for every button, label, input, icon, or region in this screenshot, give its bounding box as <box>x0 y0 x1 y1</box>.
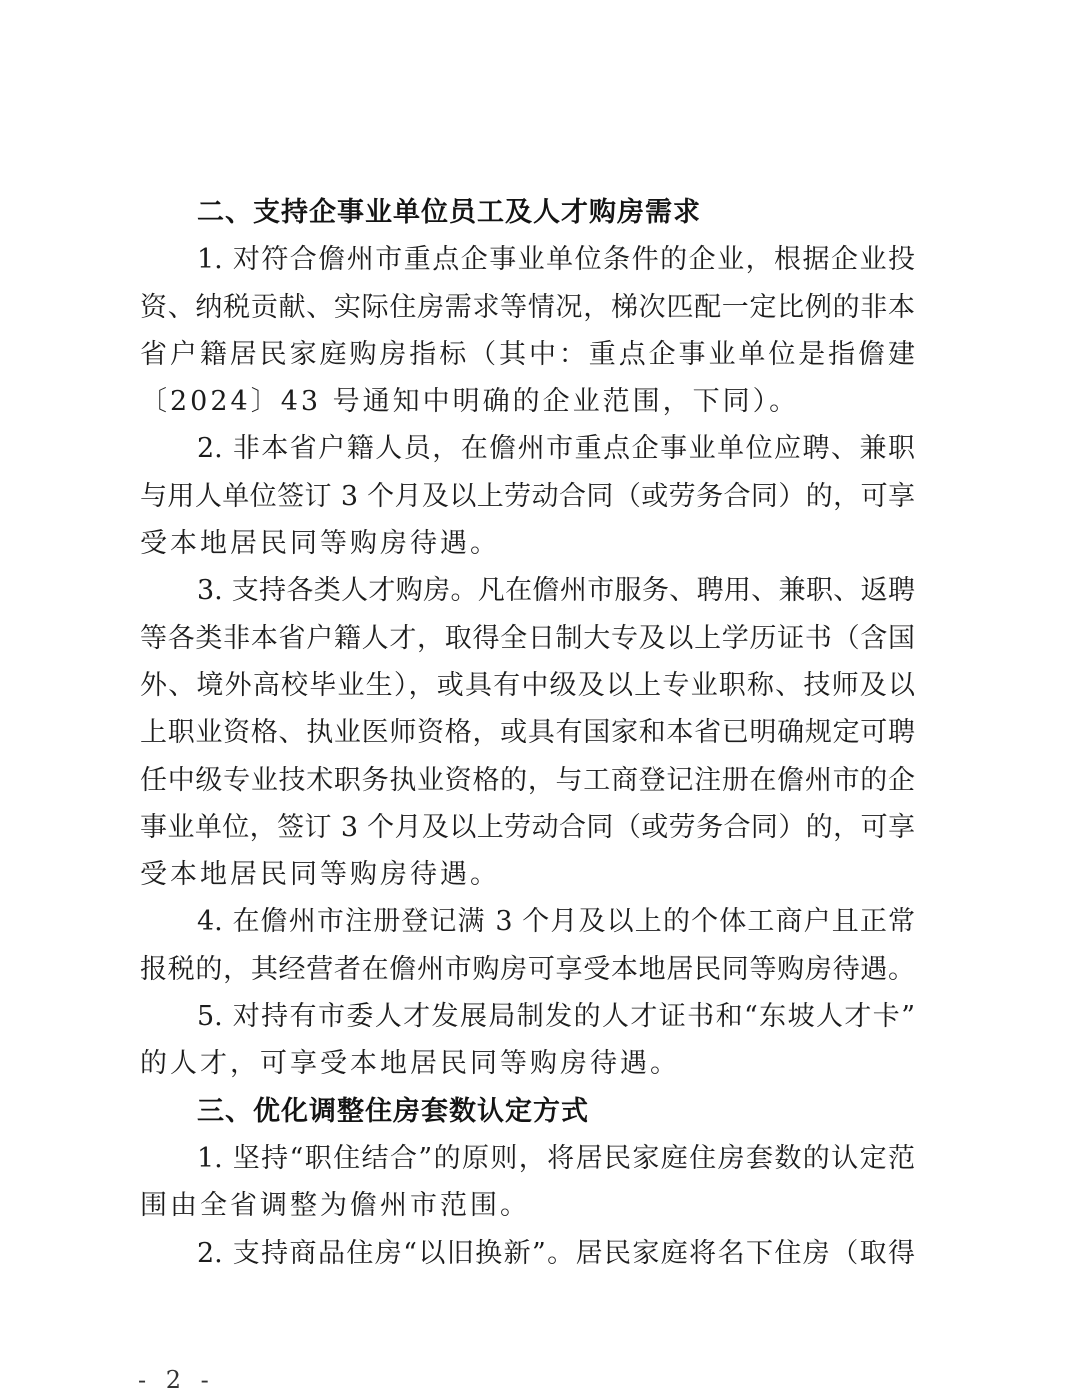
page-number: - 2 - <box>138 1366 215 1394</box>
paragraph-line: 上职业资格、执业医师资格，或具有国家和本省已明确规定可聘 <box>140 709 915 756</box>
section-heading: 二、支持企事业单位员工及人才购房需求 <box>140 189 915 236</box>
section-item-2-1: 1. 对符合儋州市重点企事业单位条件的企业，根据企业投 资、纳税贡献、实际住房需… <box>140 236 915 425</box>
paragraph-line: 受本地居民同等购房待遇。 <box>140 520 915 567</box>
paragraph-line: 3. 支持各类人才购房。凡在儋州市服务、聘用、兼职、返聘 <box>140 567 915 614</box>
section-item-2-4: 4. 在儋州市注册登记满 3 个月及以上的个体工商户且正常 报税的，其经营者在儋… <box>140 898 915 993</box>
paragraph-line: 5. 对持有市委人才发展局制发的人才证书和“东坡人才卡” <box>140 993 915 1040</box>
paragraph-line: 任中级专业技术职务执业资格的，与工商登记注册在儋州市的企 <box>140 757 915 804</box>
paragraph-line: 与用人单位签订 3 个月及以上劳动合同（或劳务合同）的，可享 <box>140 473 915 520</box>
paragraph-line: 事业单位，签订 3 个月及以上劳动合同（或劳务合同）的，可享 <box>140 804 915 851</box>
paragraph-line: 受本地居民同等购房待遇。 <box>140 851 915 898</box>
section-item-3-1: 1. 坚持“职住结合”的原则，将居民家庭住房套数的认定范 围由全省调整为儋州市范… <box>140 1135 915 1230</box>
paragraph-line: 1. 对符合儋州市重点企事业单位条件的企业，根据企业投 <box>140 236 915 283</box>
section-item-2-2: 2. 非本省户籍人员，在儋州市重点企事业单位应聘、兼职的， 与用人单位签订 3 … <box>140 425 915 567</box>
paragraph-line: 围由全省调整为儋州市范围。 <box>140 1182 915 1229</box>
section-heading: 三、优化调整住房套数认定方式 <box>140 1088 915 1135</box>
paragraph-line: 2. 非本省户籍人员，在儋州市重点企事业单位应聘、兼职的， <box>140 425 915 472</box>
section-item-2-3: 3. 支持各类人才购房。凡在儋州市服务、聘用、兼职、返聘 等各类非本省户籍人才，… <box>140 567 915 898</box>
paragraph-line: 1. 坚持“职住结合”的原则，将居民家庭住房套数的认定范 <box>140 1135 915 1182</box>
paragraph-line: 等各类非本省户籍人才，取得全日制大专及以上学历证书（含国 <box>140 615 915 662</box>
document-page: 二、支持企事业单位员工及人才购房需求 1. 对符合儋州市重点企事业单位条件的企业… <box>0 0 1080 1398</box>
paragraph-line: 报税的，其经营者在儋州市购房可享受本地居民同等购房待遇。 <box>140 946 915 993</box>
paragraph-line: 2. 支持商品住房“以旧换新”。居民家庭将名下住房（取得 <box>140 1230 915 1277</box>
section-item-2-5: 5. 对持有市委人才发展局制发的人才证书和“东坡人才卡” 的人才，可享受本地居民… <box>140 993 915 1088</box>
paragraph-line: 4. 在儋州市注册登记满 3 个月及以上的个体工商户且正常 <box>140 898 915 945</box>
paragraph-line: 资、纳税贡献、实际住房需求等情况，梯次匹配一定比例的非本 <box>140 284 915 331</box>
paragraph-line: 〔2024〕43 号通知中明确的企业范围，下同）。 <box>140 378 915 425</box>
section-item-3-2: 2. 支持商品住房“以旧换新”。居民家庭将名下住房（取得 <box>140 1230 915 1277</box>
paragraph-line: 的人才，可享受本地居民同等购房待遇。 <box>140 1040 915 1087</box>
paragraph-line: 外、境外高校毕业生），或具有中级及以上专业职称、技师及以 <box>140 662 915 709</box>
document-body: 二、支持企事业单位员工及人才购房需求 1. 对符合儋州市重点企事业单位条件的企业… <box>140 189 915 1277</box>
paragraph-line: 省户籍居民家庭购房指标（其中：重点企事业单位是指儋建 <box>140 331 915 378</box>
